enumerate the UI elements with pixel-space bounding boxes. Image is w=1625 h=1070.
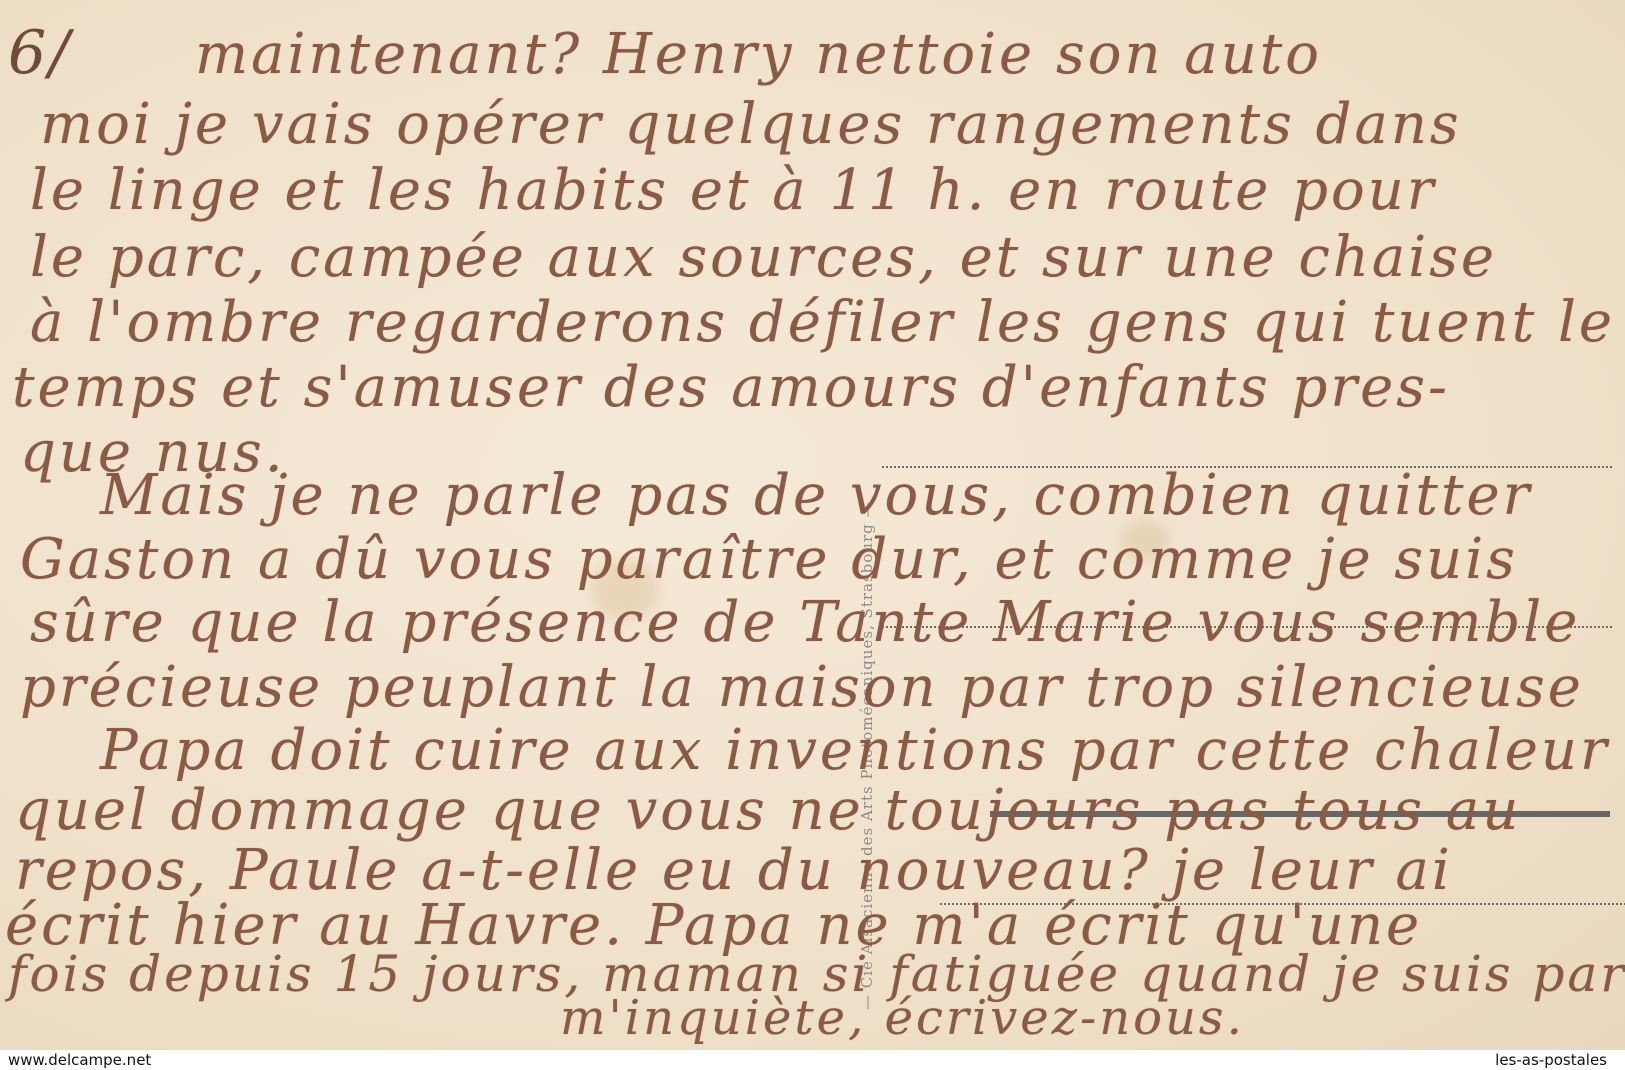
handwriting-line-9: Gaston a dû vous paraître dur, et comme … — [20, 527, 1518, 592]
postcard-back: — Cie Alsacienne des Arts Photomécanique… — [0, 0, 1625, 1050]
page-marker: 6/ — [8, 18, 72, 88]
handwriting-line-4: le parc, campée aux sources, et sur une … — [30, 225, 1497, 290]
handwriting-line-6: temps et s'amuser des amours d'enfants p… — [12, 355, 1450, 420]
handwriting-line-5: à l'ombre regarderons défiler les gens q… — [30, 290, 1615, 355]
watermark-bar — [0, 1050, 1625, 1070]
handwriting-line-13: quel dommage que vous ne toujours pas to… — [15, 778, 1521, 843]
handwriting-line-2: moi je vais opérer quelques rangements d… — [40, 92, 1462, 157]
handwriting-line-11: précieuse peuplant la maison par trop si… — [20, 655, 1584, 720]
handwriting-line-12: Papa doit cuire aux inventions par cette… — [100, 718, 1610, 783]
handwriting-line-1: maintenant? Henry nettoie son auto — [195, 22, 1322, 87]
handwriting-line-3: le linge et les habits et à 11 h. en rou… — [30, 158, 1437, 223]
handwriting-line-8: Mais je ne parle pas de vous, combien qu… — [100, 463, 1532, 528]
watermark-left: www.delcampe.net — [8, 1051, 151, 1069]
watermark-right: les-as-postales — [1495, 1051, 1607, 1069]
handwriting-line-17: m'inquiète, écrivez-nous. — [560, 990, 1245, 1046]
handwriting-line-10: sûre que la présence de Tante Marie vous… — [30, 590, 1580, 655]
